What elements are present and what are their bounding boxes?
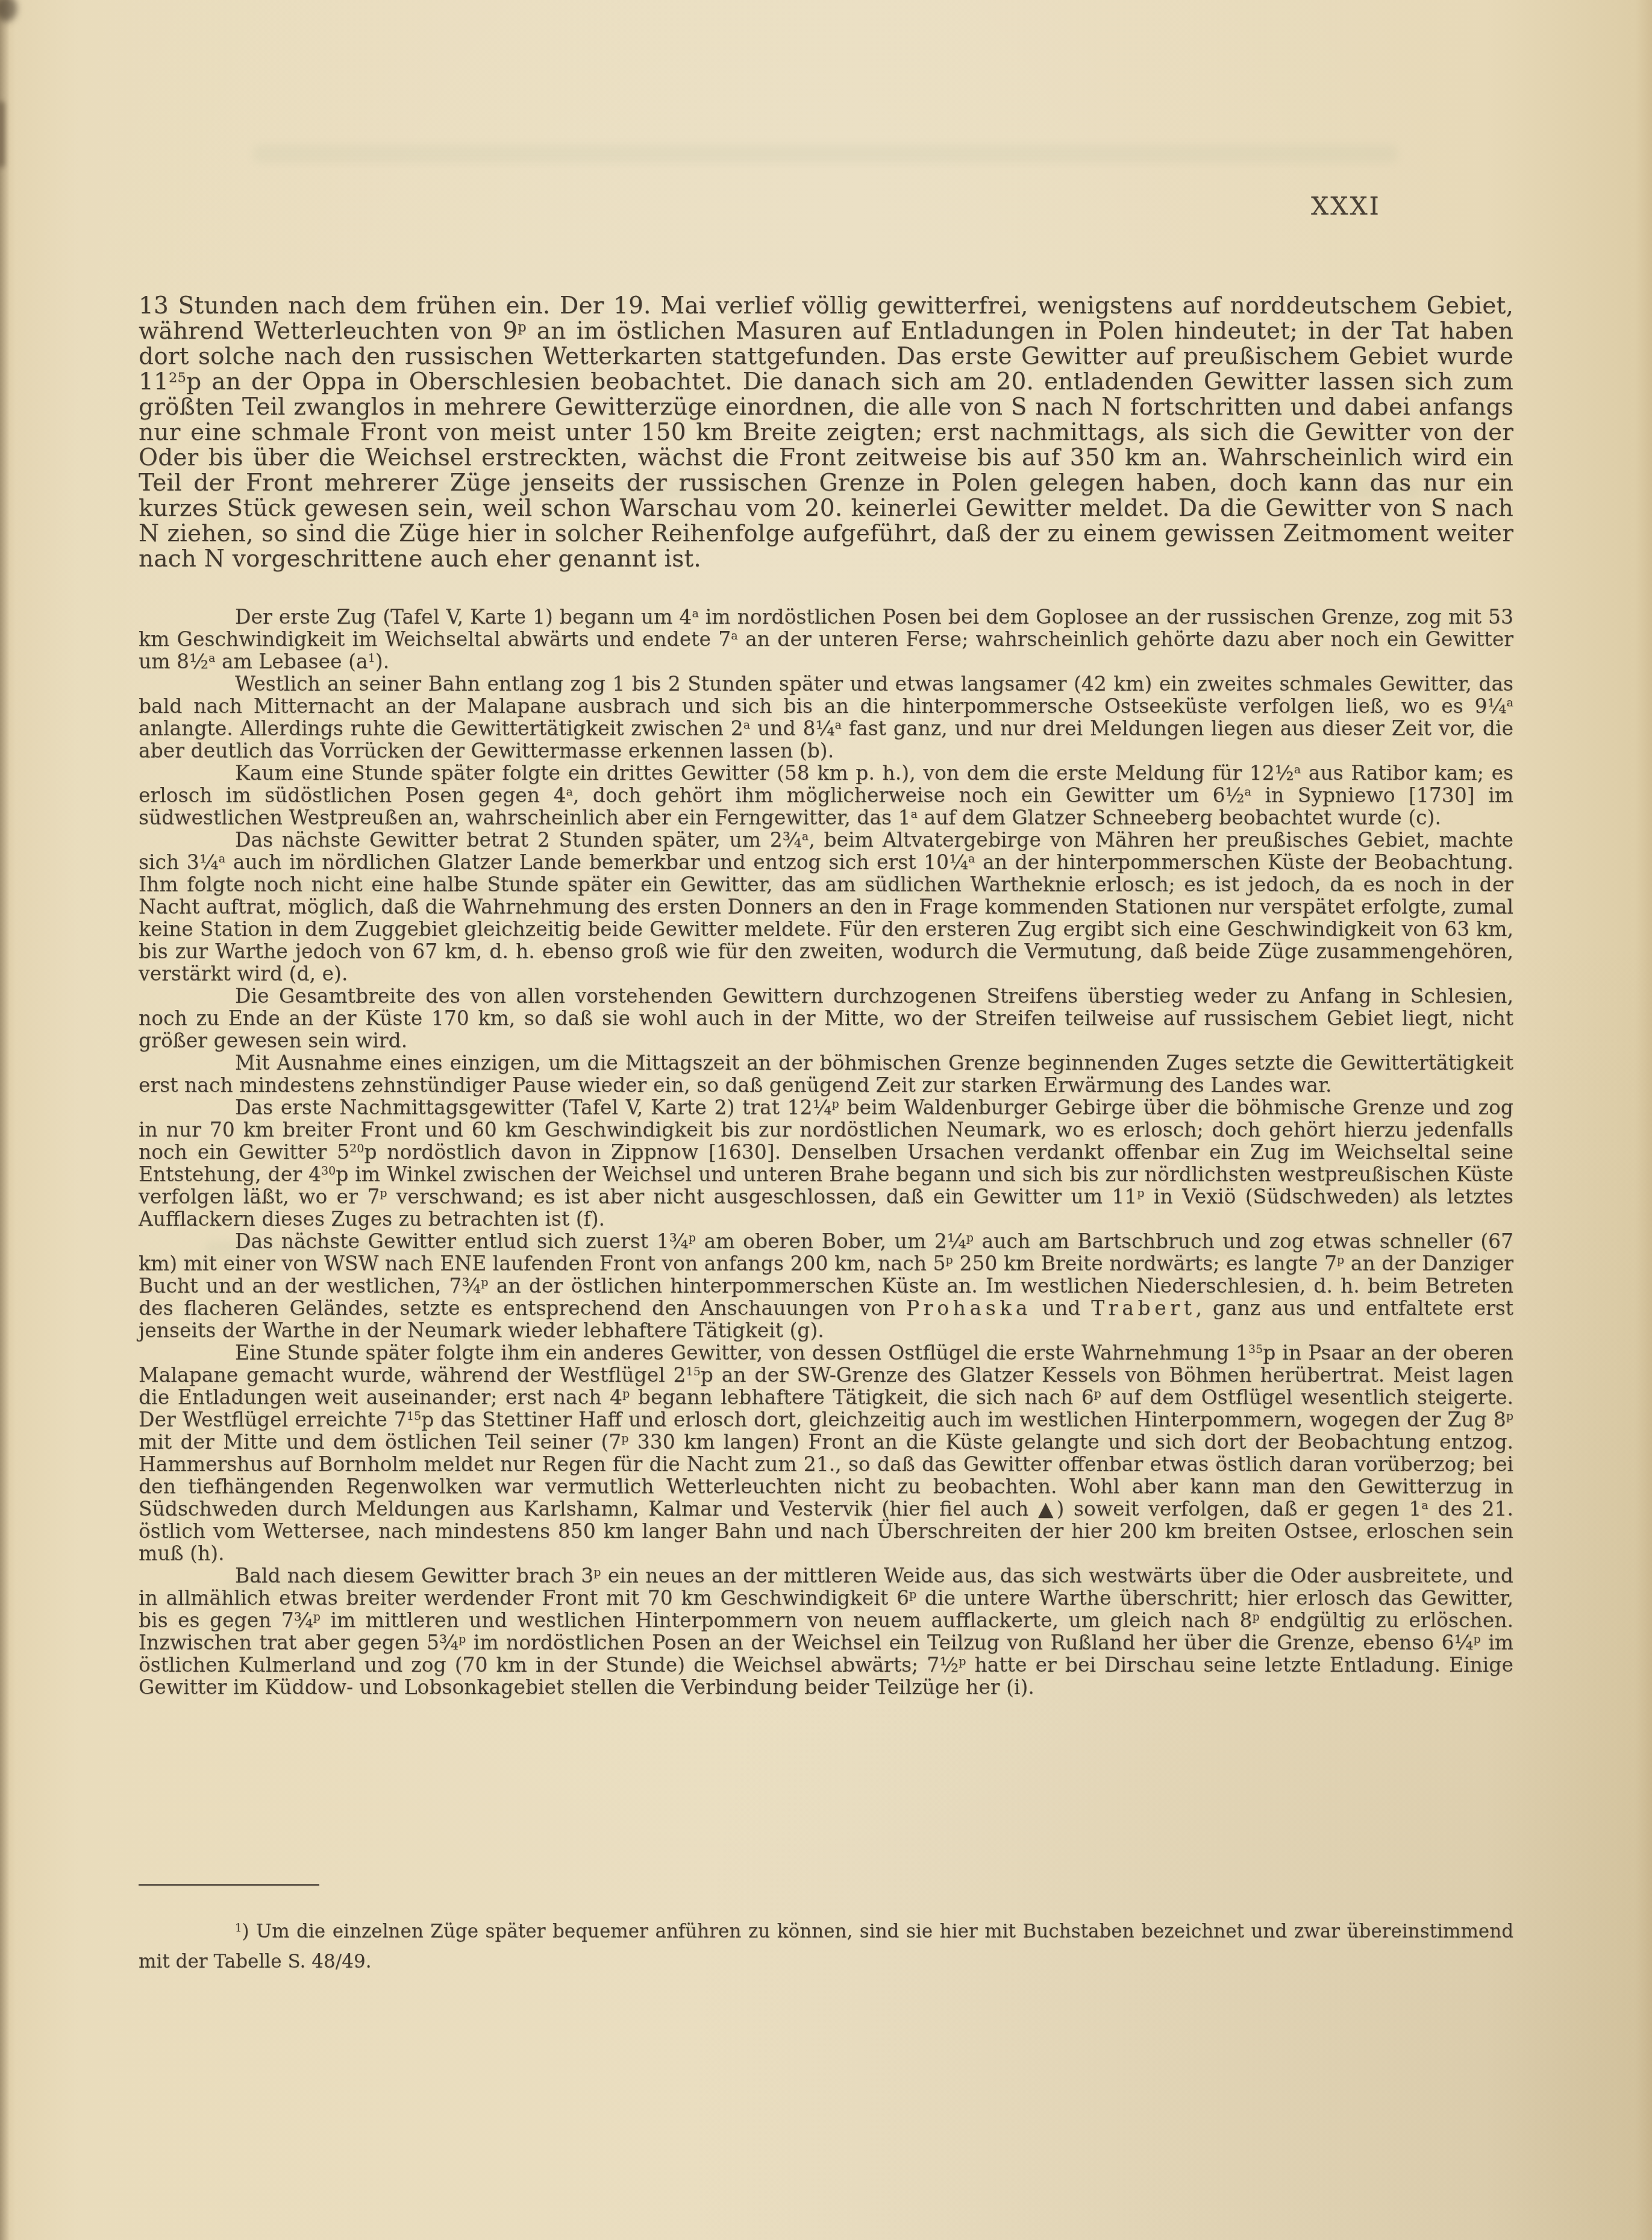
paragraph-zug-c: Kaum eine Stunde später folgte ein dritt… (139, 762, 1513, 829)
scan-edge-artifact (0, 101, 5, 168)
main-paragraph: 13 Stunden nach dem frühen ein. Der 19. … (139, 293, 1513, 572)
paragraph-zug-g: Das nächste Gewitter entlud sich zuerst … (139, 1230, 1513, 1341)
bleedthrough-artifact (253, 145, 1398, 163)
paragraph-zug-h: Eine Stunde später folgte ihm ein andere… (139, 1341, 1513, 1564)
paragraph-zug-a: Der erste Zug (Tafel V, Karte 1) begann … (139, 606, 1513, 673)
storm-track-paragraphs: Der erste Zug (Tafel V, Karte 1) begann … (139, 606, 1513, 1698)
scanned-book-page: XXXI 13 Stunden nach dem frühen ein. Der… (0, 0, 1652, 2240)
paragraph-zug-d-e: Das nächste Gewitter betrat 2 Stunden sp… (139, 829, 1513, 985)
footnote: 1) Um die einzelnen Züge später bequemer… (139, 1916, 1513, 1977)
footnote-rule (139, 1884, 319, 1886)
paragraph-zug-f: Das erste Nachmittagsgewitter (Tafel V, … (139, 1096, 1513, 1230)
paragraph-zug-i: Bald nach diesem Gewitter brach 3p ein n… (139, 1564, 1513, 1698)
paragraph-zug-b: Westlich an seiner Bahn entlang zog 1 bi… (139, 673, 1513, 762)
scan-corner-artifact (0, 0, 17, 22)
paragraph-gesamtbreite: Die Gesamtbreite des von allen vorstehen… (139, 985, 1513, 1052)
paragraph-mittagspause: Mit Ausnahme eines einzigen, um die Mitt… (139, 1052, 1513, 1096)
page-left-edge-shadow (0, 0, 10, 2240)
page-number: XXXI (1311, 192, 1381, 221)
